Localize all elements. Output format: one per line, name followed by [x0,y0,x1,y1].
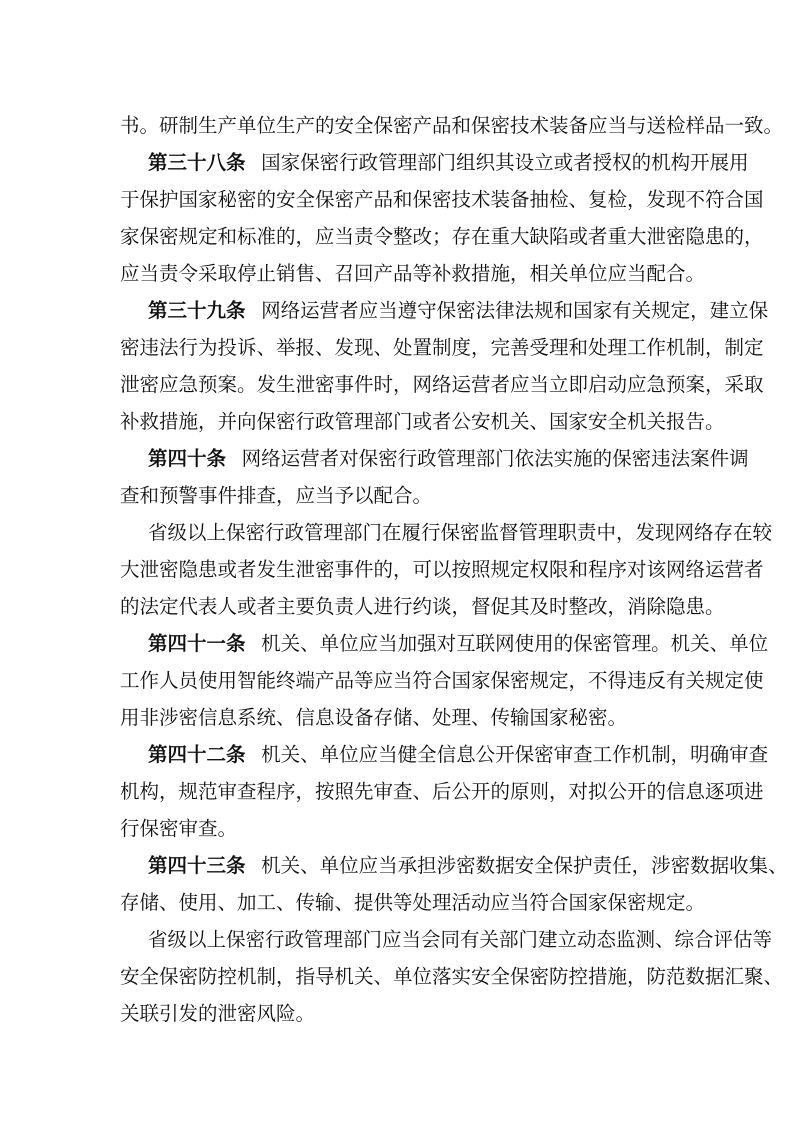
article-43: 第四十三条机关、单位应当承担涉密数据安全保护责任，涉密数据收集、 存储、使用、加… [120,847,674,921]
text-line: 行保密审查。 [120,810,674,847]
article-43-paragraph-2: 省级以上保密行政管理部门应当会同有关部门建立动态监测、综合评估等 安全保密防控机… [120,921,674,1032]
article-38: 第三十八条国家保密行政管理部门组织其设立或者授权的机构开展用 于保护国家秘密的安… [120,144,674,292]
text-line: 于保护国家秘密的安全保密产品和保密技术装备抽检、复检，发现不符合国 [120,181,674,218]
text-line: 机关、单位应当承担涉密数据安全保护责任，涉密数据收集、 [261,854,788,877]
article-39: 第三十九条网络运营者应当遵守保密法律法规和国家有关规定，建立保 密违法行为投诉、… [120,292,674,440]
text-line: 国家保密行政管理部门组织其设立或者授权的机构开展用 [261,151,749,174]
article-40-paragraph-2: 省级以上保密行政管理部门在履行保密监督管理职责中，发现网络存在较 大泄密隐患或者… [120,514,674,625]
text-line: 存储、使用、加工、传输、提供等处理活动应当符合国家保密规定。 [120,884,674,921]
text-line: 工作人员使用智能终端产品等应当符合国家保密规定，不得违反有关规定使 [120,662,674,699]
article-number: 第三十九条 [148,299,246,322]
article-42: 第四十二条机关、单位应当健全信息公开保密审查工作机制，明确审查 机构，规范审查程… [120,736,674,847]
paragraph-continuation: 书。研制生产单位生产的安全保密产品和保密技术装备应当与送检样品一致。 [120,107,674,144]
article-number: 第三十八条 [148,151,246,174]
article-number: 第四十二条 [148,743,246,766]
text-line: 省级以上保密行政管理部门在履行保密监督管理职责中，发现网络存在较 [120,514,674,551]
text-line: 机关、单位应当健全信息公开保密审查工作机制，明确审查 [261,743,768,766]
document-page: 书。研制生产单位生产的安全保密产品和保密技术装备应当与送检样品一致。 第三十八条… [120,107,674,1032]
text-line: 查和预警事件排查，应当予以配合。 [120,477,674,514]
text-line: 泄密应急预案。发生泄密事件时，网络运营者应当立即启动应急预案，采取 [120,366,674,403]
text-line: 机关、单位应当加强对互联网使用的保密管理。机关、单位 [261,632,768,655]
article-number: 第四十三条 [148,854,246,877]
text-line: 网络运营者应当遵守保密法律法规和国家有关规定，建立保 [261,299,768,322]
text-line: 密违法行为投诉、举报、发现、处置制度，完善受理和处理工作机制，制定 [120,329,674,366]
article-41: 第四十一条机关、单位应当加强对互联网使用的保密管理。机关、单位 工作人员使用智能… [120,625,674,736]
text-line: 补救措施，并向保密行政管理部门或者公安机关、国家安全机关报告。 [120,403,674,440]
text-line: 网络运营者对保密行政管理部门依法实施的保密违法案件调 [242,447,749,470]
text-line: 家保密规定和标准的，应当责令整改；存在重大缺陷或者重大泄密隐患的， [120,218,674,255]
text-line: 书。研制生产单位生产的安全保密产品和保密技术装备应当与送检样品一致。 [120,107,674,144]
article-40: 第四十条网络运营者对保密行政管理部门依法实施的保密违法案件调 查和预警事件排查，… [120,440,674,514]
text-line: 的法定代表人或者主要负责人进行约谈，督促其及时整改，消除隐患。 [120,588,674,625]
text-line: 机构，规范审查程序，按照先审查、后公开的原则，对拟公开的信息逐项进 [120,773,674,810]
text-line: 应当责令采取停止销售、召回产品等补救措施，相关单位应当配合。 [120,255,674,292]
text-line: 安全保密防控机制，指导机关、单位落实安全保密防控措施，防范数据汇聚、 [120,958,674,995]
text-line: 关联引发的泄密风险。 [120,995,674,1032]
text-line: 省级以上保密行政管理部门应当会同有关部门建立动态监测、综合评估等 [120,921,674,958]
text-line: 大泄密隐患或者发生泄密事件的，可以按照规定权限和程序对该网络运营者 [120,551,674,588]
article-number: 第四十一条 [148,632,246,655]
article-number: 第四十条 [148,447,226,470]
text-line: 用非涉密信息系统、信息设备存储、处理、传输国家秘密。 [120,699,674,736]
